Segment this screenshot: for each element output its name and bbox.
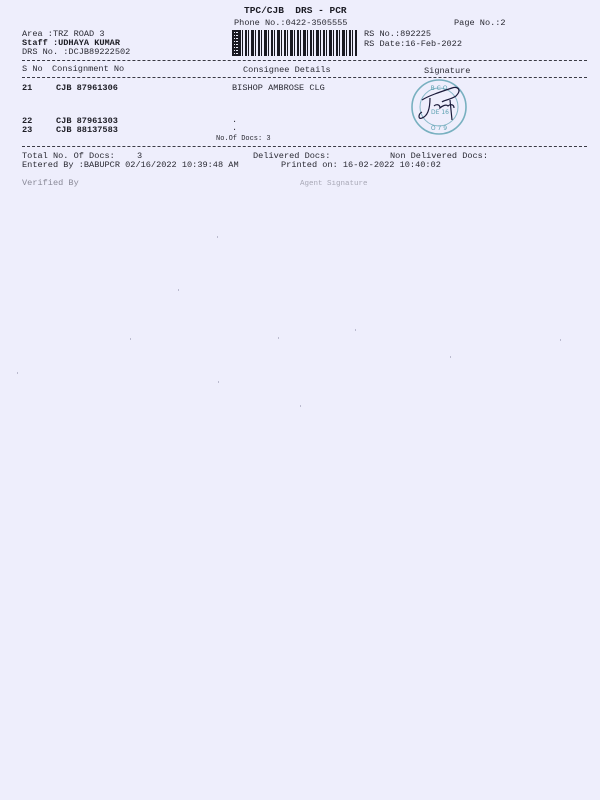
scan-speck [218,381,219,383]
row-consignment: CJB 88137583 [56,126,118,135]
scan-speck [278,337,279,339]
scan-speck [130,338,131,340]
row-consignee: BISHOP AMBROSE CLG [232,84,325,93]
document-title: TPC/CJB DRS - PCR [244,6,347,16]
col-header-consignment: Consignment No [52,65,124,74]
col-header-sno: S No [22,65,43,74]
svg-text:O 7 9: O 7 9 [431,125,447,132]
page-number: Page No.:2 [454,19,506,28]
row-sno: 23 [22,126,32,135]
entered-by: Entered By :BABUPCR 02/16/2022 10:39:48 … [22,161,239,170]
no-of-docs: No.Of Docs: 3 [216,136,271,143]
verified-by: Verified By [22,179,79,188]
rs-date: RS Date:16-Feb-2022 [364,40,462,49]
scan-speck [217,236,218,238]
scan-speck [560,339,561,341]
svg-text:DE 16: DE 16 [431,109,449,116]
scan-speck [450,356,451,358]
divider [22,146,587,147]
scan-speck [17,372,18,374]
rs-number: RS No.:892225 [364,30,431,39]
barcode [232,30,357,56]
printed-on: Printed on: 16-02-2022 10:40:02 [281,161,441,170]
delivery-stamp-icon: B C O O 7 9 DE 16 [410,78,468,136]
col-header-signature: Signature [424,67,470,76]
row-sno: 21 [22,84,32,93]
scan-speck [178,289,179,291]
col-header-consignee: Consignee Details [243,66,331,75]
phone-number: Phone No.:0422-3505555 [234,19,347,28]
divider [22,77,587,78]
drs-number: DRS No. :DCJB89222502 [22,48,130,57]
row-consignment: CJB 87961306 [56,84,118,93]
divider [22,60,587,61]
barcode-edge [232,30,238,56]
agent-signature-label: Agent Signature [300,181,368,189]
scan-speck [300,405,301,407]
row-consignee: . [232,124,237,133]
scan-speck [355,329,356,331]
